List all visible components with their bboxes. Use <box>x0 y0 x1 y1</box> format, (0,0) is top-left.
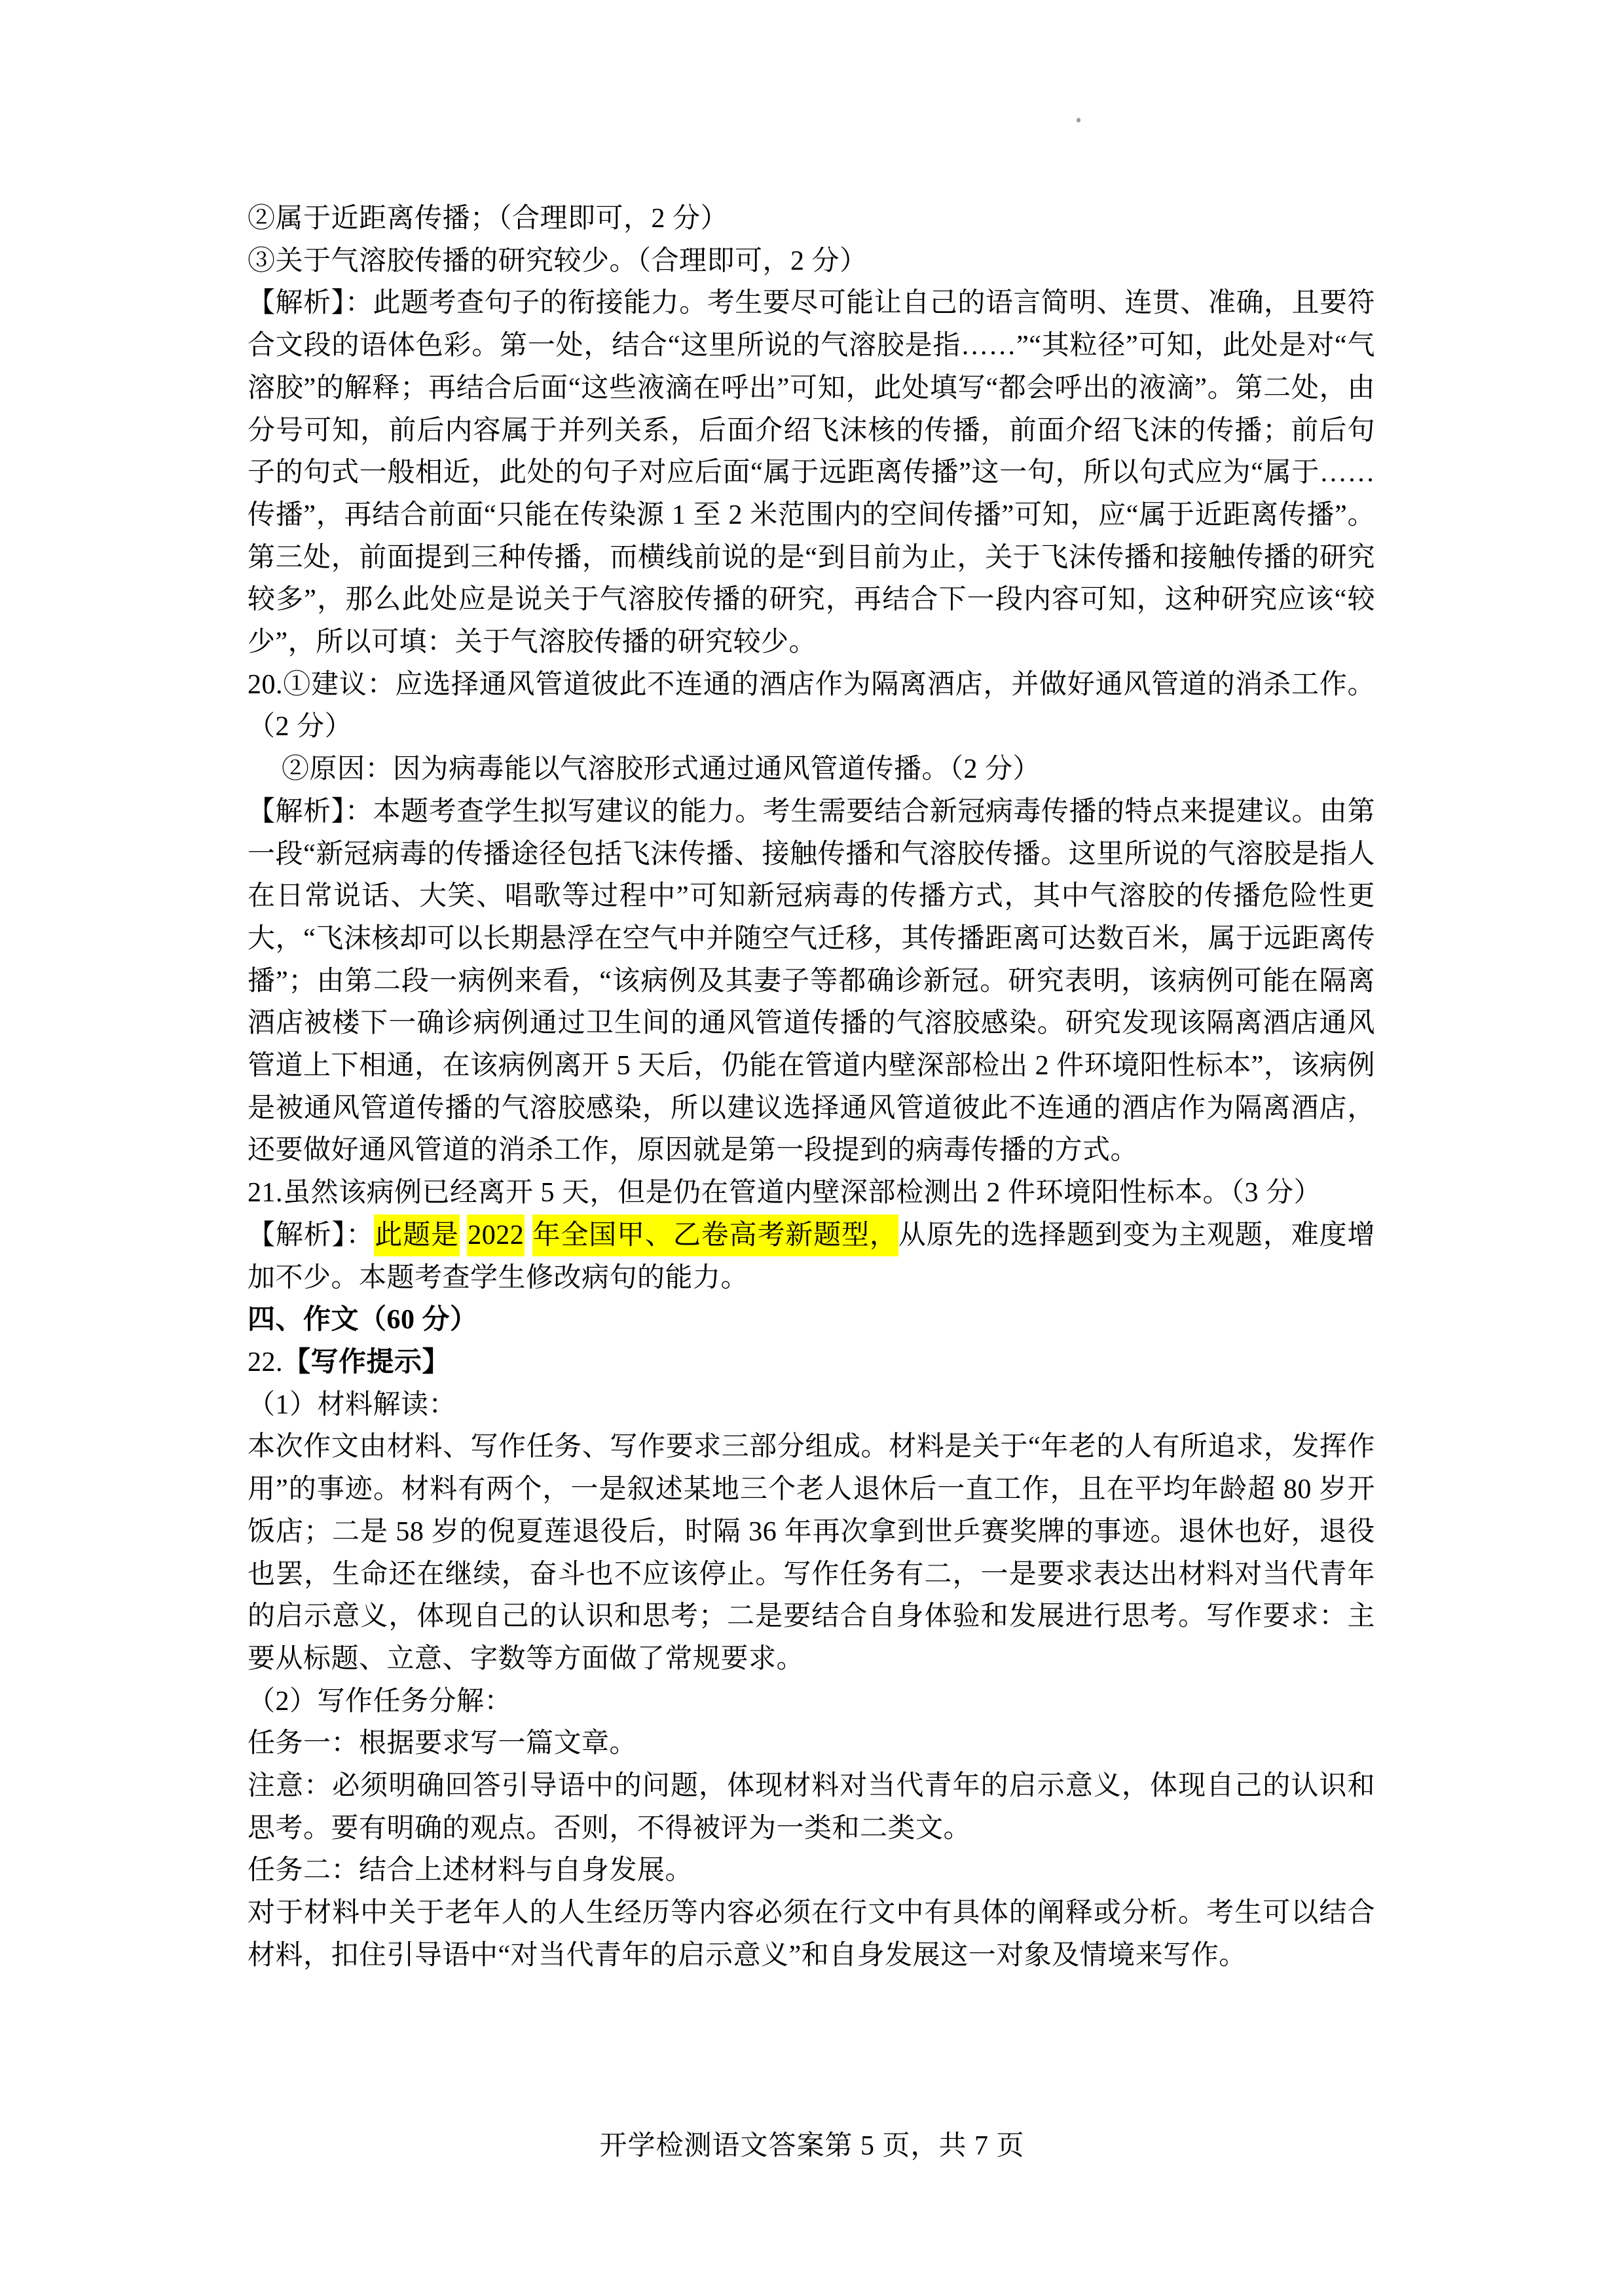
q21-highlight-segment-2: 2022 <box>467 1214 525 1256</box>
q21-highlight-segment-3: 年全国甲、乙卷高考新题型， <box>532 1214 898 1256</box>
q22-title: 【写作提示】 <box>283 1347 450 1377</box>
q20-analysis-paragraph: 【解析】：本题考查学生拟写建议的能力。考生需要结合新冠病毒传播的特点来提建议。由… <box>248 791 1375 1172</box>
q20-suggestion-answer: 20.①建议：应选择通风管道彼此不连通的酒店作为隔离酒店，并做好通风管道的消杀工… <box>248 664 1375 748</box>
scanned-answer-page: ②属于近距离传播；（合理即可，2 分） ③关于气溶胶传播的研究较少。（合理即可，… <box>0 0 1624 2296</box>
q21-highlight-segment-1: 此题是 <box>374 1214 460 1256</box>
answer-body: ②属于近距离传播；（合理即可，2 分） ③关于气溶胶传播的研究较少。（合理即可，… <box>248 198 1375 1977</box>
q19-analysis-paragraph: 【解析】：此题考查句子的衔接能力。考生要尽可能让自己的语言简明、连贯、准确，且要… <box>248 282 1375 663</box>
part1-label: （1）材料解读： <box>248 1384 1375 1427</box>
stray-scan-mark <box>1077 118 1080 122</box>
q22-title-line: 22.【写作提示】 <box>248 1341 1375 1384</box>
section-heading-writing: 四、作文（60 分） <box>248 1299 1375 1341</box>
q22-number: 22. <box>248 1347 283 1377</box>
part2-label: （2）写作任务分解： <box>248 1681 1375 1723</box>
task2-line: 任务二：结合上述材料与自身发展。 <box>248 1850 1375 1892</box>
q19-answer-item-3: ③关于气溶胶传播的研究较少。（合理即可，2 分） <box>248 240 1375 283</box>
q21-analysis-paragraph: 【解析】：此题是 2022 年全国甲、乙卷高考新题型，从原先的选择题到变为主观题… <box>248 1214 1375 1299</box>
q20-reason-answer: ②原因：因为病毒能以气溶胶形式通过通风管道传播。（2 分） <box>248 748 1375 791</box>
part1-body-paragraph: 本次作文由材料、写作任务、写作要求三部分组成。材料是关于“年老的人有所追求，发挥… <box>248 1426 1375 1680</box>
q21-analysis-label: 【解析】： <box>248 1220 374 1250</box>
page-footer: 开学检测语文答案第 5 页，共 7 页 <box>0 2129 1624 2163</box>
task2-note-paragraph: 对于材料中关于老年人的人生经历等内容必须在行文中有具体的阐释或分析。考生可以结合… <box>248 1892 1375 1977</box>
q19-answer-item-2: ②属于近距离传播；（合理即可，2 分） <box>248 198 1375 240</box>
q21-answer: 21.虽然该病例已经离开 5 天，但是仍在管道内壁深部检测出 2 件环境阳性标本… <box>248 1172 1375 1214</box>
task1-note-paragraph: 注意：必须明确回答引导语中的问题，体现材料对当代青年的启示意义，体现自己的认识和… <box>248 1765 1375 1850</box>
task1-line: 任务一：根据要求写一篇文章。 <box>248 1722 1375 1765</box>
